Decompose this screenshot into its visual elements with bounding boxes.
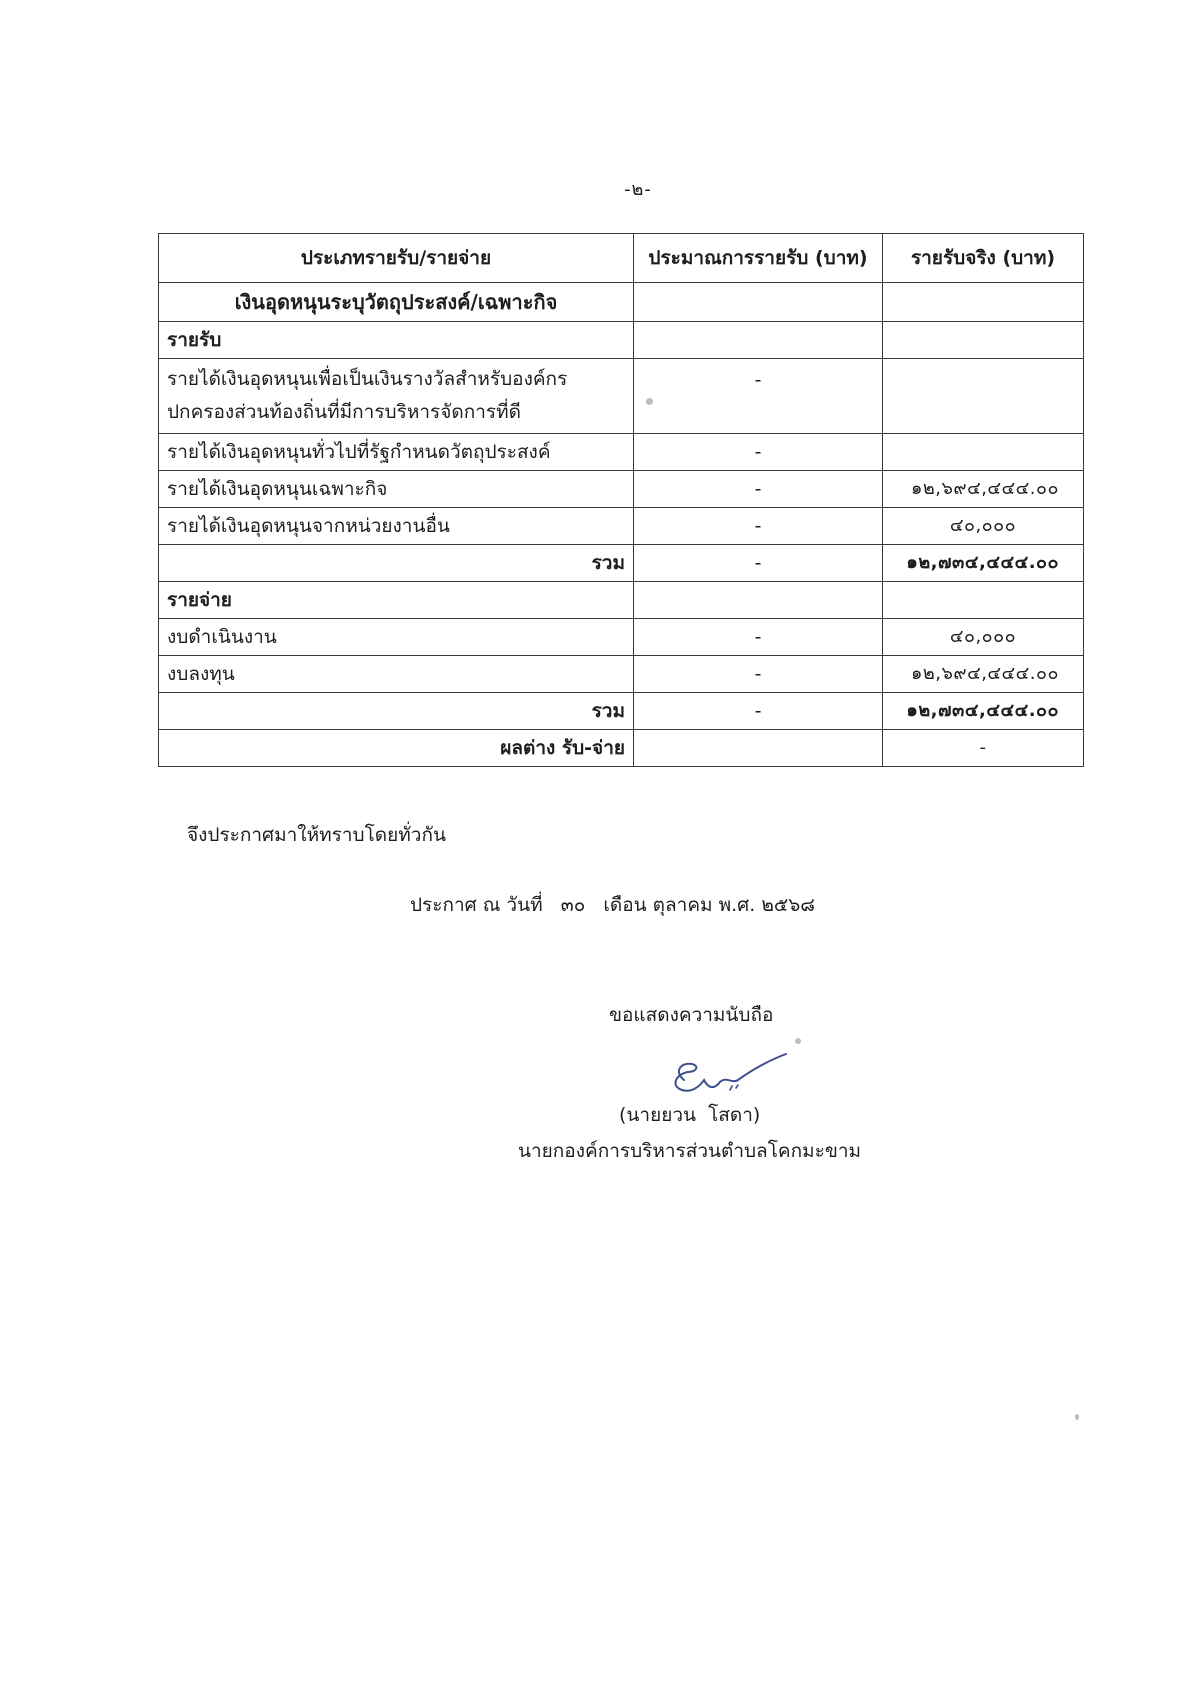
total-label: รวม	[159, 545, 634, 582]
row-label-line1: รายได้เงินอุดหนุนเพื่อเป็นเงินรางวัลสำหร…	[167, 363, 625, 396]
scan-speck	[795, 1038, 801, 1044]
row-actual: ๔๐,๐๐๐	[883, 619, 1084, 656]
table-row: รายได้เงินอุดหนุนทั่วไปที่รัฐกำหนดวัตถุป…	[159, 434, 1084, 471]
row-estimate: -	[634, 434, 883, 471]
row-actual	[883, 359, 1084, 434]
announcement-text: จึงประกาศมาให้ทราบโดยทั่วกัน	[187, 820, 446, 850]
row-label: รายได้เงินอุดหนุนจากหน่วยงานอื่น	[159, 508, 634, 545]
total-estimate: -	[634, 693, 883, 730]
total-actual: ๑๒,๗๓๔,๔๔๔.๐๐	[883, 545, 1084, 582]
row-label: งบลงทุน	[159, 656, 634, 693]
difference-label: ผลต่าง รับ-จ่าย	[159, 730, 634, 767]
empty-cell	[634, 283, 883, 322]
expense-section-row: รายจ่าย	[159, 582, 1084, 619]
empty-cell	[883, 283, 1084, 322]
table-row: รายได้เงินอุดหนุนเพื่อเป็นเงินรางวัลสำหร…	[159, 359, 1084, 434]
table-title: เงินอุดหนุนระบุวัตถุประสงค์/เฉพาะกิจ	[159, 283, 634, 322]
announcement-date: ประกาศ ณ วันที่ ๓๐ เดือน ตุลาคม พ.ศ. ๒๕๖…	[410, 890, 815, 920]
scan-speck	[646, 398, 653, 405]
total-actual: ๑๒,๗๓๔,๔๔๔.๐๐	[883, 693, 1084, 730]
table-row: รายได้เงินอุดหนุนจากหน่วยงานอื่น - ๔๐,๐๐…	[159, 508, 1084, 545]
table-row: งบดำเนินงาน - ๔๐,๐๐๐	[159, 619, 1084, 656]
closing-salutation: ขอแสดงความนับถือ	[609, 1000, 773, 1030]
income-total-row: รวม - ๑๒,๗๓๔,๔๔๔.๐๐	[159, 545, 1084, 582]
row-actual: ๑๒,๖๙๔,๔๔๔.๐๐	[883, 656, 1084, 693]
total-estimate: -	[634, 545, 883, 582]
expense-total-row: รวม - ๑๒,๗๓๔,๔๔๔.๐๐	[159, 693, 1084, 730]
signature-icon	[666, 1050, 796, 1105]
difference-row: ผลต่าง รับ-จ่าย -	[159, 730, 1084, 767]
row-estimate: -	[634, 508, 883, 545]
row-label: รายได้เงินอุดหนุนเพื่อเป็นเงินรางวัลสำหร…	[159, 359, 634, 434]
header-actual: รายรับจริง (บาท)	[883, 234, 1084, 283]
header-estimate: ประมาณการรายรับ (บาท)	[634, 234, 883, 283]
table-header-row: ประเภทรายรับ/รายจ่าย ประมาณการรายรับ (บา…	[159, 234, 1084, 283]
signer-title: นายกองค์การบริหารส่วนตำบลโคกมะขาม	[518, 1136, 861, 1166]
income-section-row: รายรับ	[159, 322, 1084, 359]
row-label: รายได้เงินอุดหนุนเฉพาะกิจ	[159, 471, 634, 508]
total-label: รวม	[159, 693, 634, 730]
row-actual: ๔๐,๐๐๐	[883, 508, 1084, 545]
table-row: รายได้เงินอุดหนุนเฉพาะกิจ - ๑๒,๖๙๔,๔๔๔.๐…	[159, 471, 1084, 508]
scan-speck	[1075, 1414, 1079, 1420]
row-estimate: -	[634, 471, 883, 508]
budget-table: ประเภทรายรับ/รายจ่าย ประมาณการรายรับ (บา…	[158, 233, 1084, 767]
expense-section-label: รายจ่าย	[159, 582, 634, 619]
row-actual: ๑๒,๖๙๔,๔๔๔.๐๐	[883, 471, 1084, 508]
row-label: งบดำเนินงาน	[159, 619, 634, 656]
page-number: -๒-	[0, 174, 1192, 203]
table-row: งบลงทุน - ๑๒,๖๙๔,๔๔๔.๐๐	[159, 656, 1084, 693]
row-estimate: -	[634, 359, 883, 434]
row-label: รายได้เงินอุดหนุนทั่วไปที่รัฐกำหนดวัตถุป…	[159, 434, 634, 471]
empty-cell	[634, 322, 883, 359]
income-section-label: รายรับ	[159, 322, 634, 359]
difference-actual: -	[883, 730, 1084, 767]
header-category: ประเภทรายรับ/รายจ่าย	[159, 234, 634, 283]
difference-estimate	[634, 730, 883, 767]
empty-cell	[883, 582, 1084, 619]
signer-name: (นายยวน โสดา)	[619, 1100, 760, 1130]
row-label-line2: ปกครองส่วนท้องถิ่นที่มีการบริหารจัดการที…	[167, 396, 625, 429]
row-estimate: -	[634, 656, 883, 693]
row-actual	[883, 434, 1084, 471]
row-estimate: -	[634, 619, 883, 656]
empty-cell	[634, 582, 883, 619]
table-title-row: เงินอุดหนุนระบุวัตถุประสงค์/เฉพาะกิจ	[159, 283, 1084, 322]
empty-cell	[883, 322, 1084, 359]
